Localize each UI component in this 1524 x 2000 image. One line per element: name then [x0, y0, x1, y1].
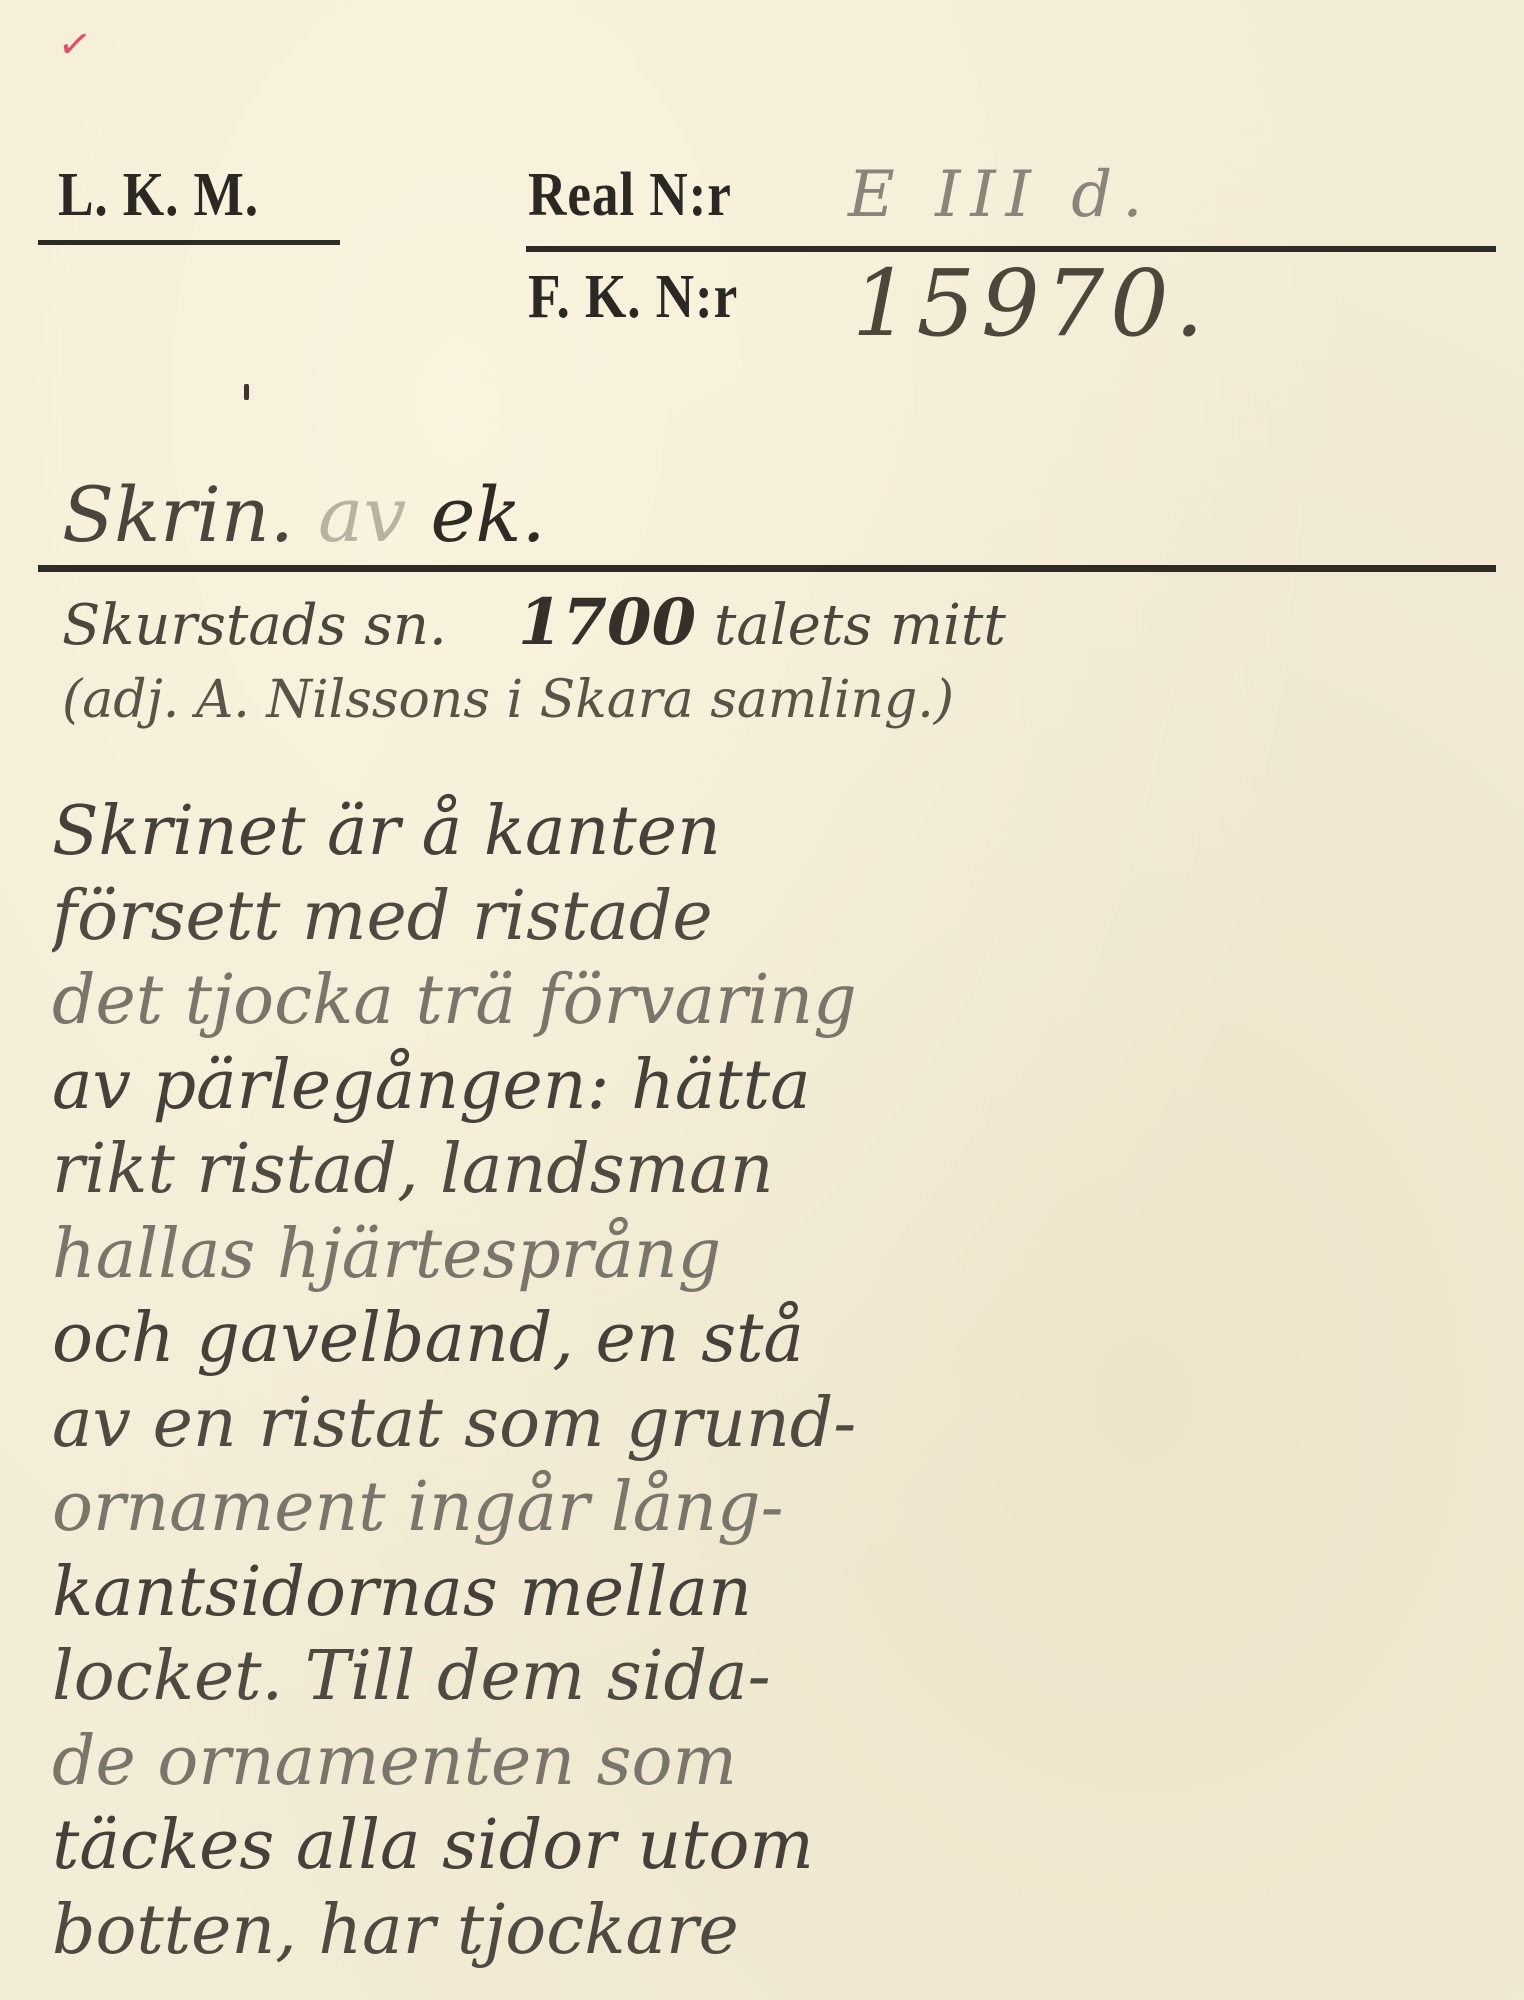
object-name: Skrin.: [62, 470, 294, 559]
description-line: Skrinet är å kanten: [52, 790, 1512, 875]
material-prefix: av: [318, 470, 406, 559]
provenance-period-suffix: talets mitt: [714, 593, 1006, 658]
fk-number-label: F. K. N:r: [528, 262, 738, 333]
fk-number-value: 15970.: [852, 250, 1210, 357]
description-line: kantsidornas mellan: [52, 1551, 1512, 1636]
description-line: av pärlegången: hätta: [52, 1044, 1512, 1129]
description-line: locket. Till dem sida-: [52, 1635, 1512, 1720]
provenance-line-2: (adj. A. Nilssons i Skara samling.): [62, 670, 954, 730]
description-line: ornament ingår lång-: [52, 1466, 1512, 1551]
description-line: hallas hjärtesprång: [52, 1213, 1512, 1298]
object-title: Skrin. av ek.: [62, 470, 546, 559]
real-number-label: Real N:r: [528, 160, 732, 231]
description-text: Skrinet är å kanten försett med ristade …: [52, 790, 1512, 1973]
institution-underline: [38, 240, 340, 245]
material: ek.: [430, 470, 545, 559]
description-line: försett med ristade: [52, 875, 1512, 960]
red-check-mark-icon: ✓: [55, 20, 95, 70]
description-line: rikt ristad, landsman: [52, 1128, 1512, 1213]
description-line: och gavelband, en stå: [52, 1297, 1512, 1382]
description-line: det tjocka trä förvaring: [52, 959, 1512, 1044]
real-number-value: E III d.: [848, 158, 1153, 232]
description-line: de ornamenten som: [52, 1720, 1512, 1805]
description-line: täckes alla sidor utom: [52, 1804, 1512, 1889]
provenance-year: 1700: [518, 585, 696, 660]
provenance-line-1: Skurstads sn. 1700 talets mitt: [62, 585, 1006, 660]
ink-mark: [244, 384, 249, 400]
title-rule: [38, 565, 1496, 572]
description-line: botten, har tjockare: [52, 1889, 1512, 1974]
description-line: av en ristat som grund-: [52, 1382, 1512, 1467]
institution-label: L. K. M.: [58, 160, 259, 231]
provenance-place: Skurstads sn.: [62, 593, 447, 658]
